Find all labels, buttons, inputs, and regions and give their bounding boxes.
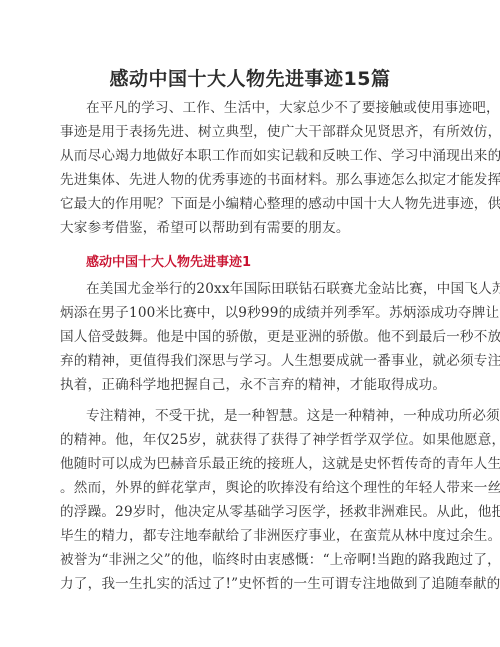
document-title: 感动中国十大人物先进事迹15篇 <box>0 64 500 91</box>
paragraph-line: 执着，正确科学地把握自己，永不言弃的精神，才能取得成功。 <box>60 377 460 393</box>
paragraph-line: 毕生的精力，都专注地奉献给了非洲医疗事业，在蛮荒从林中度过余生。 <box>60 528 460 544</box>
intro-line: 在平凡的学习、工作、生活中，大家总少不了要接触或使用事迹吧， <box>86 100 486 116</box>
paragraph-line: 国人倍受鼓舞。他是中国的骄傲，更是亚洲的骄傲。他不到最后一秒不放 <box>60 329 460 345</box>
paragraph-line: 的浮躁。29岁时，他决定从零基础学习医学，拯救非洲难民。从此，他把 <box>60 504 460 520</box>
intro-line: 先进集体、先进人物的优秀事迹的书面材料。那么事迹怎么拟定才能发挥 <box>60 172 460 188</box>
paragraph-line: 的精神。他，年仅25岁，就获得了获得了神学哲学双学位。如果他愿意， <box>60 432 460 448</box>
paragraph-line: 力了，我一生扎实的活过了!”史怀哲的一生可谓专注地做到了追随奉献的 <box>60 576 460 592</box>
paragraph-line: 炳添在男子100米比赛中，以9秒99的成绩并列季军。苏炳添成功夺牌让中 <box>60 305 460 321</box>
document-page: 感动中国十大人物先进事迹15篇 在平凡的学习、工作、生活中，大家总少不了要接触或… <box>0 0 500 647</box>
paragraph-line: 他随时可以成为巴赫音乐最正统的接班人，这就是史怀哲传奇的青年人生 <box>60 456 460 472</box>
paragraph-line: 弃的精神，更值得我们深思与学习。人生想要成就一番事业，就必须专注 <box>60 353 460 369</box>
intro-line: 它最大的作用呢？下面是小编精心整理的感动中国十大人物先进事迹，供 <box>60 196 460 212</box>
paragraph-line: 被誉为“非洲之父”的他，临终时由衷感慨：“上帝啊!当跑的路我跑过了，尽 <box>60 552 460 568</box>
paragraph-line: 。然而，外界的鲜花掌声，舆论的吹捧没有给这个理性的年轻人带来一丝 <box>60 480 460 496</box>
paragraph-line: 专注精神，不受干扰，是一种智慧。这是一种精神，一种成功所必须 <box>86 408 486 424</box>
section-heading: 感动中国十大人物先进事迹1 <box>86 251 251 270</box>
intro-line: 大家参考借鉴，希望可以帮助到有需要的朋友。 <box>60 220 460 236</box>
paragraph-line: 在美国尤金举行的20xx年国际田联钻石联赛尤金站比赛，中国飞人苏 <box>86 281 486 297</box>
intro-line: 事迹是用于表扬先进、树立典型，使广大干部群众见贤思齐，有所效仿， <box>60 124 460 140</box>
intro-line: 从而尽心竭力地做好本职工作而如实记载和反映工作、学习中涌现出来的 <box>60 148 460 164</box>
